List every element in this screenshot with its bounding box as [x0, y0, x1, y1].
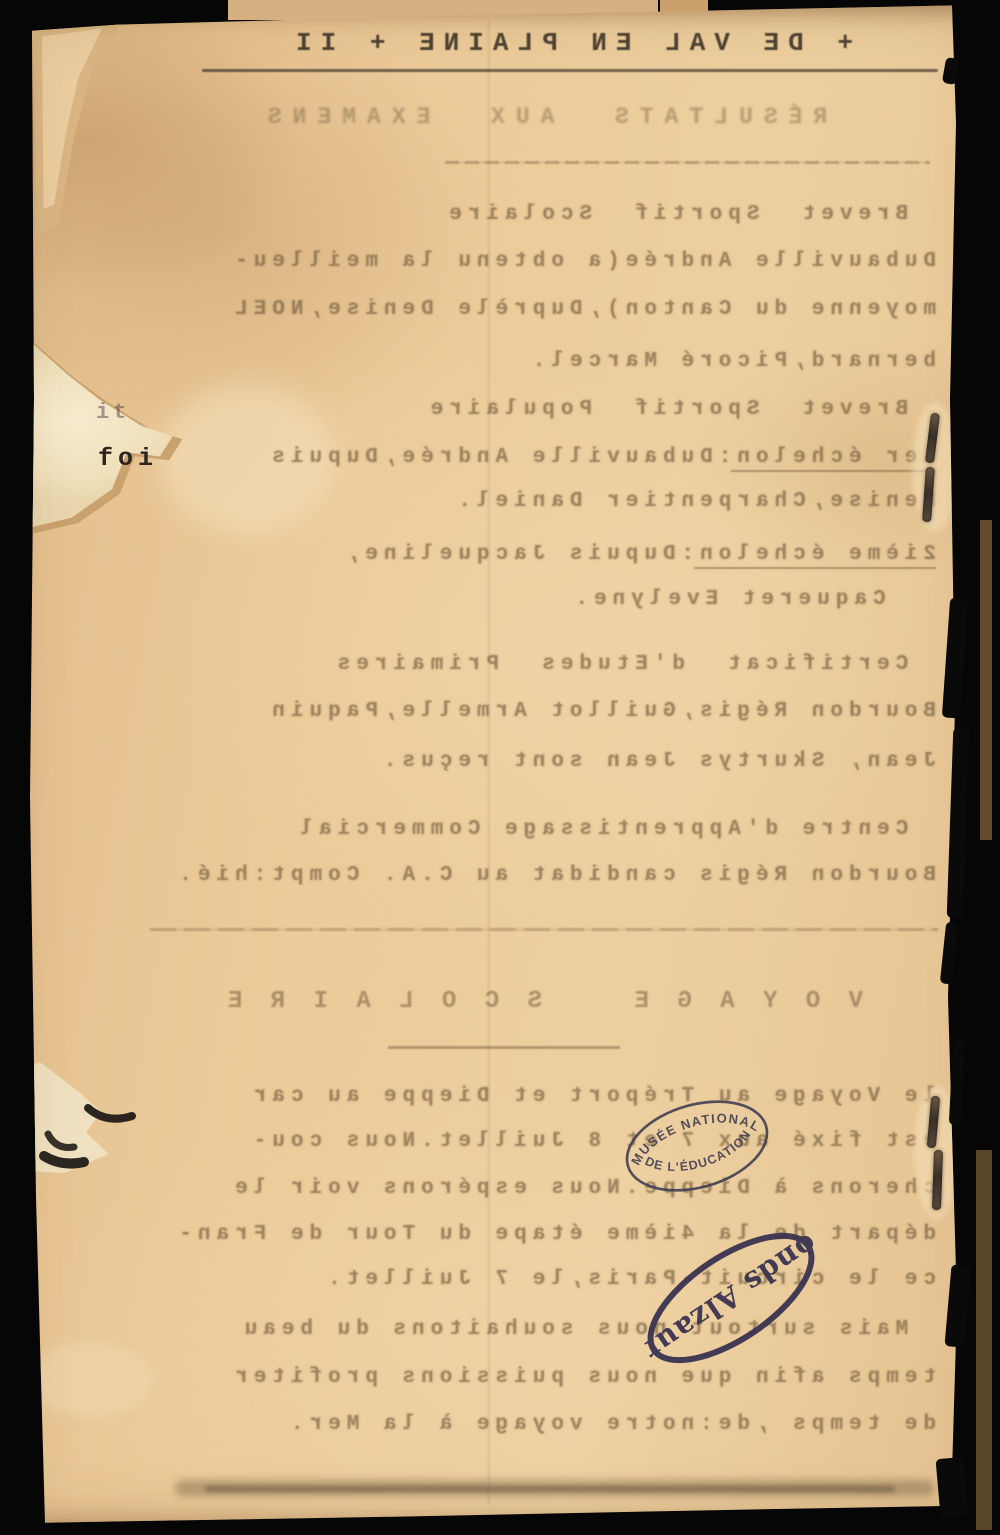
document-page: + DE VAL EN PLAINE + II RÉSULTATS AUX EX…	[0, 0, 1000, 1535]
bleedthrough-line: Bourdon Régis,Guillot Armelle,Paquin	[148, 700, 936, 730]
bleedthrough-line: Dubauville Andrée(a obtenu la meilleu-	[148, 250, 936, 280]
section-divider-rule	[150, 928, 938, 931]
examens-heading-underline	[445, 161, 930, 164]
under-page-fragment: it	[96, 400, 130, 425]
bleedthrough-line: Brevet Sportif Populaire	[148, 398, 936, 428]
bleedthrough-line: Bourdon Régis candidat au C.A. Compt:hié…	[148, 864, 936, 894]
bleedthrough-line: le Voyage au Tréport et Dieppe au car	[148, 1085, 936, 1115]
bleedthrough-line: bernard,Picoré Marcel.	[148, 350, 936, 380]
underlined-lead: 1er échelon	[731, 446, 936, 472]
bleedthrough-line: de temps ,de:notre voyage à la Mer.	[148, 1413, 936, 1443]
voyage-heading: V O Y A G E S C O L A I R E	[148, 988, 936, 1015]
masthead-title: + DE VAL EN PLAINE + II	[205, 28, 935, 68]
line-rest: :Dupuis Jacqueline,	[341, 543, 694, 566]
bleedthrough-line: Denise,Charpentier Daniel.	[148, 490, 936, 520]
smudged-text-line	[205, 1486, 895, 1492]
bleedthrough-line: moyenne du Canton),Duprèle Denise,NOEL	[148, 298, 936, 328]
examens-text-block: Brevet Sportif Scolaire Dubauville André…	[148, 203, 936, 894]
under-page-fragment: foi	[98, 444, 158, 473]
voyage-heading-underline	[388, 1046, 620, 1049]
examens-heading: RÉSULTATS AUX EXAMENS	[148, 104, 936, 130]
bleedthrough-line: Mais surtout nous souhaitons du beau	[148, 1318, 936, 1348]
scan-background: + DE VAL EN PLAINE + II RÉSULTATS AUX EX…	[0, 0, 1000, 1535]
page-behind-edge	[976, 1150, 992, 1530]
ink-smudge	[936, 1457, 969, 1517]
bleedthrough-line: Caqueret Evelyne.	[148, 588, 936, 618]
pen-marks	[30, 1068, 170, 1183]
ink-smudge	[949, 1040, 965, 1126]
underlined-lead: 2ième échelon	[694, 543, 936, 569]
bleedthrough-line: cherons à Dieppe.Nous espérons voir le	[148, 1177, 936, 1207]
bleedthrough-line: 2ième échelon:Dupuis Jacqueline,	[148, 543, 936, 573]
line-rest: :Dubauville Andrée,Dupuis	[266, 446, 731, 469]
bleedthrough-line: Certificat d'Etudes Primaires	[148, 653, 936, 683]
bleedthrough-line: Jean, Skurtys Jean sont reçus.	[148, 750, 936, 780]
bleedthrough-line: 1er échelon:Dubauville Andrée,Dupuis	[148, 446, 936, 476]
bleedthrough-line: est fixé aux 7 et 8 Juillet.Nous cou-	[148, 1130, 936, 1160]
page-behind-edge	[980, 520, 992, 840]
bleedthrough-line: Brevet Sportif Scolaire	[148, 203, 936, 233]
bleedthrough-line: Centre d'Apprentissage Commercial	[148, 818, 936, 848]
worn-corner	[28, 1342, 153, 1417]
masthead-underline	[202, 69, 938, 72]
bleedthrough-line: temps afin que nous puissions profiter	[148, 1366, 936, 1396]
ink-smudge	[942, 57, 960, 85]
